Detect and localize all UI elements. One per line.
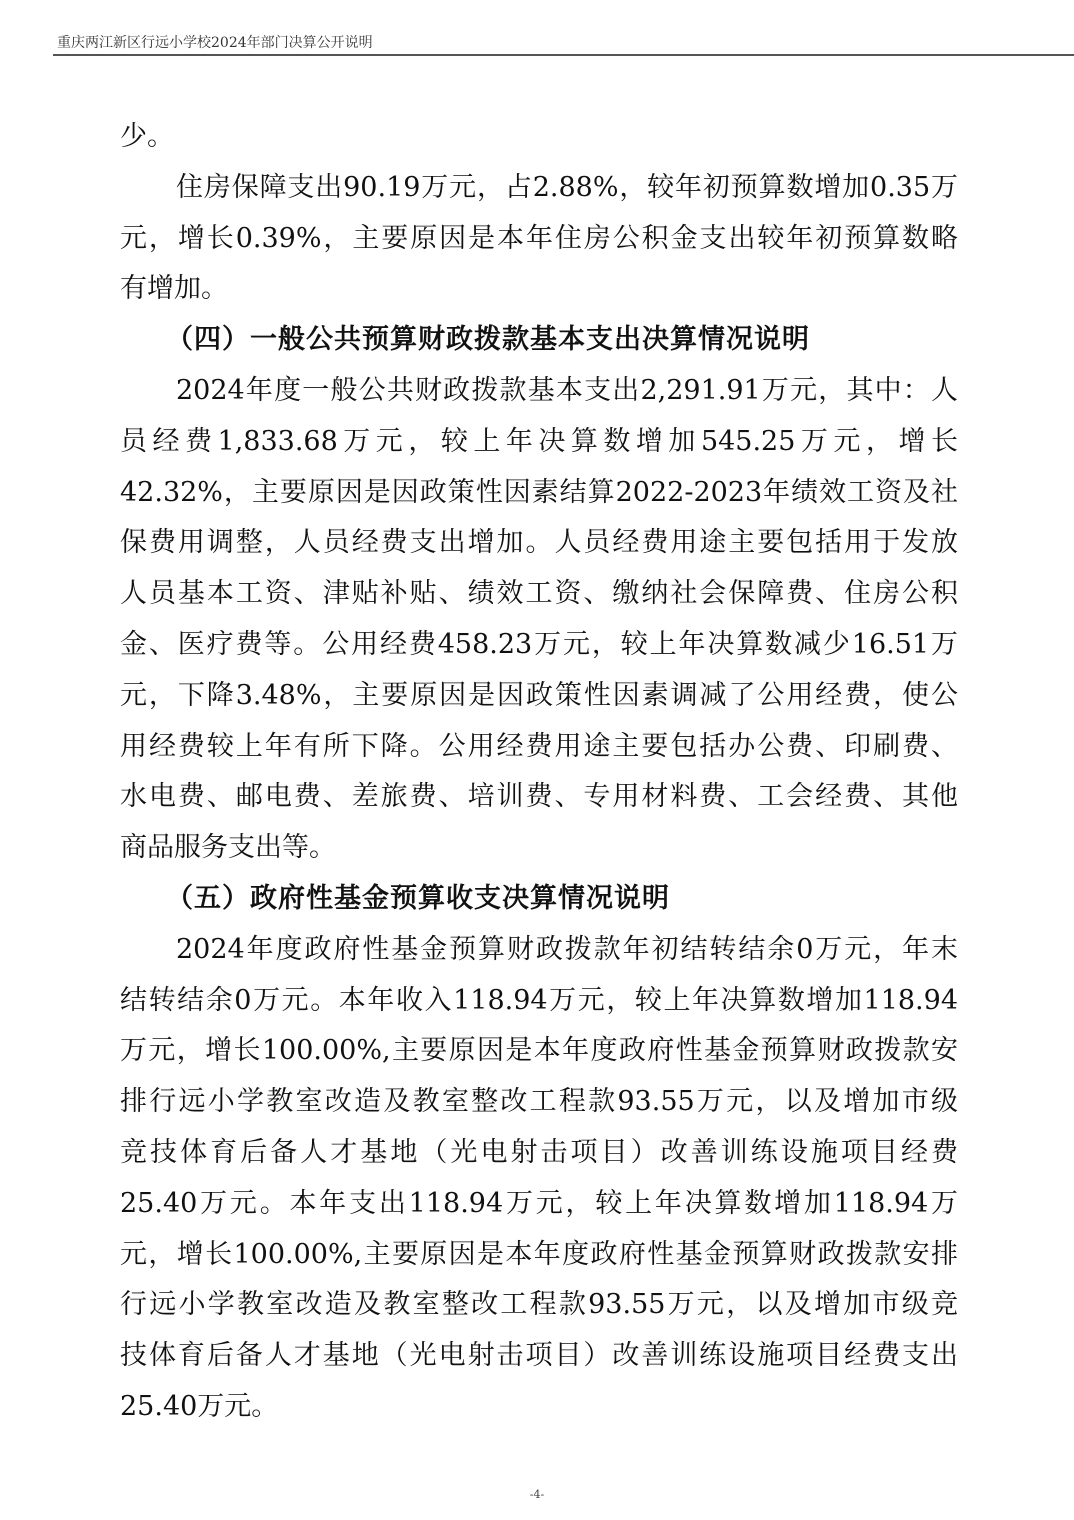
header-title: 重庆两江新区行远小学校2024年部门决算公开说明 <box>57 32 373 52</box>
text-line: 保费用调整，人员经费支出增加。人员经费用途主要包括用于发放 <box>120 518 958 569</box>
text-line: 竞技体育后备人才基地（光电射击项目）改善训练设施项目经费 <box>120 1128 958 1179</box>
page-number: -4- <box>0 1488 1074 1501</box>
text-line: 水电费、邮电费、差旅费、培训费、专用材料费、工会经费、其他 <box>120 772 958 823</box>
text-line: 25.40万元。本年支出118.94万元，较上年决算数增加118.94万 <box>120 1179 958 1230</box>
text-line: 金、医疗费等。公用经费458.23万元，较上年决算数减少16.51万 <box>120 620 958 671</box>
text-line: 2024年度政府性基金预算财政拨款年初结转结余0万元，年末 <box>120 925 958 976</box>
text-line: 员经费1,833.68万元，较上年决算数增加545.25万元，增长 <box>120 417 958 468</box>
text-line: 少。 <box>120 112 958 163</box>
text-line: 用经费较上年有所下降。公用经费用途主要包括办公费、印刷费、 <box>120 722 958 773</box>
text-line: 元，增长0.39%，主要原因是本年住房公积金支出较年初预算数略 <box>120 214 958 265</box>
text-line: 技体育后备人才基地（光电射击项目）改善训练设施项目经费支出 <box>120 1331 958 1382</box>
text-line: 万元，增长100.00%,主要原因是本年度政府性基金预算财政拨款安 <box>120 1026 958 1077</box>
text-line: 25.40万元。 <box>120 1382 958 1433</box>
section-heading: （四）一般公共预算财政拨款基本支出决算情况说明 <box>120 315 958 366</box>
text-line: 有增加。 <box>120 264 958 315</box>
text-line: 元，下降3.48%，主要原因是因政策性因素调减了公用经费，使公 <box>120 671 958 722</box>
text-line: 排行远小学教室改造及教室整改工程款93.55万元，以及增加市级 <box>120 1077 958 1128</box>
text-line: 住房保障支出90.19万元，占2.88%，较年初预算数增加0.35万 <box>120 163 958 214</box>
text-line: 人员基本工资、津贴补贴、绩效工资、缴纳社会保障费、住房公积 <box>120 569 958 620</box>
text-line: 商品服务支出等。 <box>120 823 958 874</box>
text-line: 结转结余0万元。本年收入118.94万元，较上年决算数增加118.94 <box>120 976 958 1027</box>
page-header: 重庆两江新区行远小学校2024年部门决算公开说明 <box>53 28 1074 56</box>
document-body: 少。住房保障支出90.19万元，占2.88%，较年初预算数增加0.35万元，增长… <box>120 112 958 1433</box>
text-line: 元，增长100.00%,主要原因是本年度政府性基金预算财政拨款安排 <box>120 1230 958 1281</box>
text-line: 42.32%，主要原因是因政策性因素结算2022-2023年绩效工资及社 <box>120 468 958 519</box>
text-line: 行远小学教室改造及教室整改工程款93.55万元，以及增加市级竞 <box>120 1280 958 1331</box>
section-heading: （五）政府性基金预算收支决算情况说明 <box>120 874 958 925</box>
text-line: 2024年度一般公共财政拨款基本支出2,291.91万元，其中：人 <box>120 366 958 417</box>
